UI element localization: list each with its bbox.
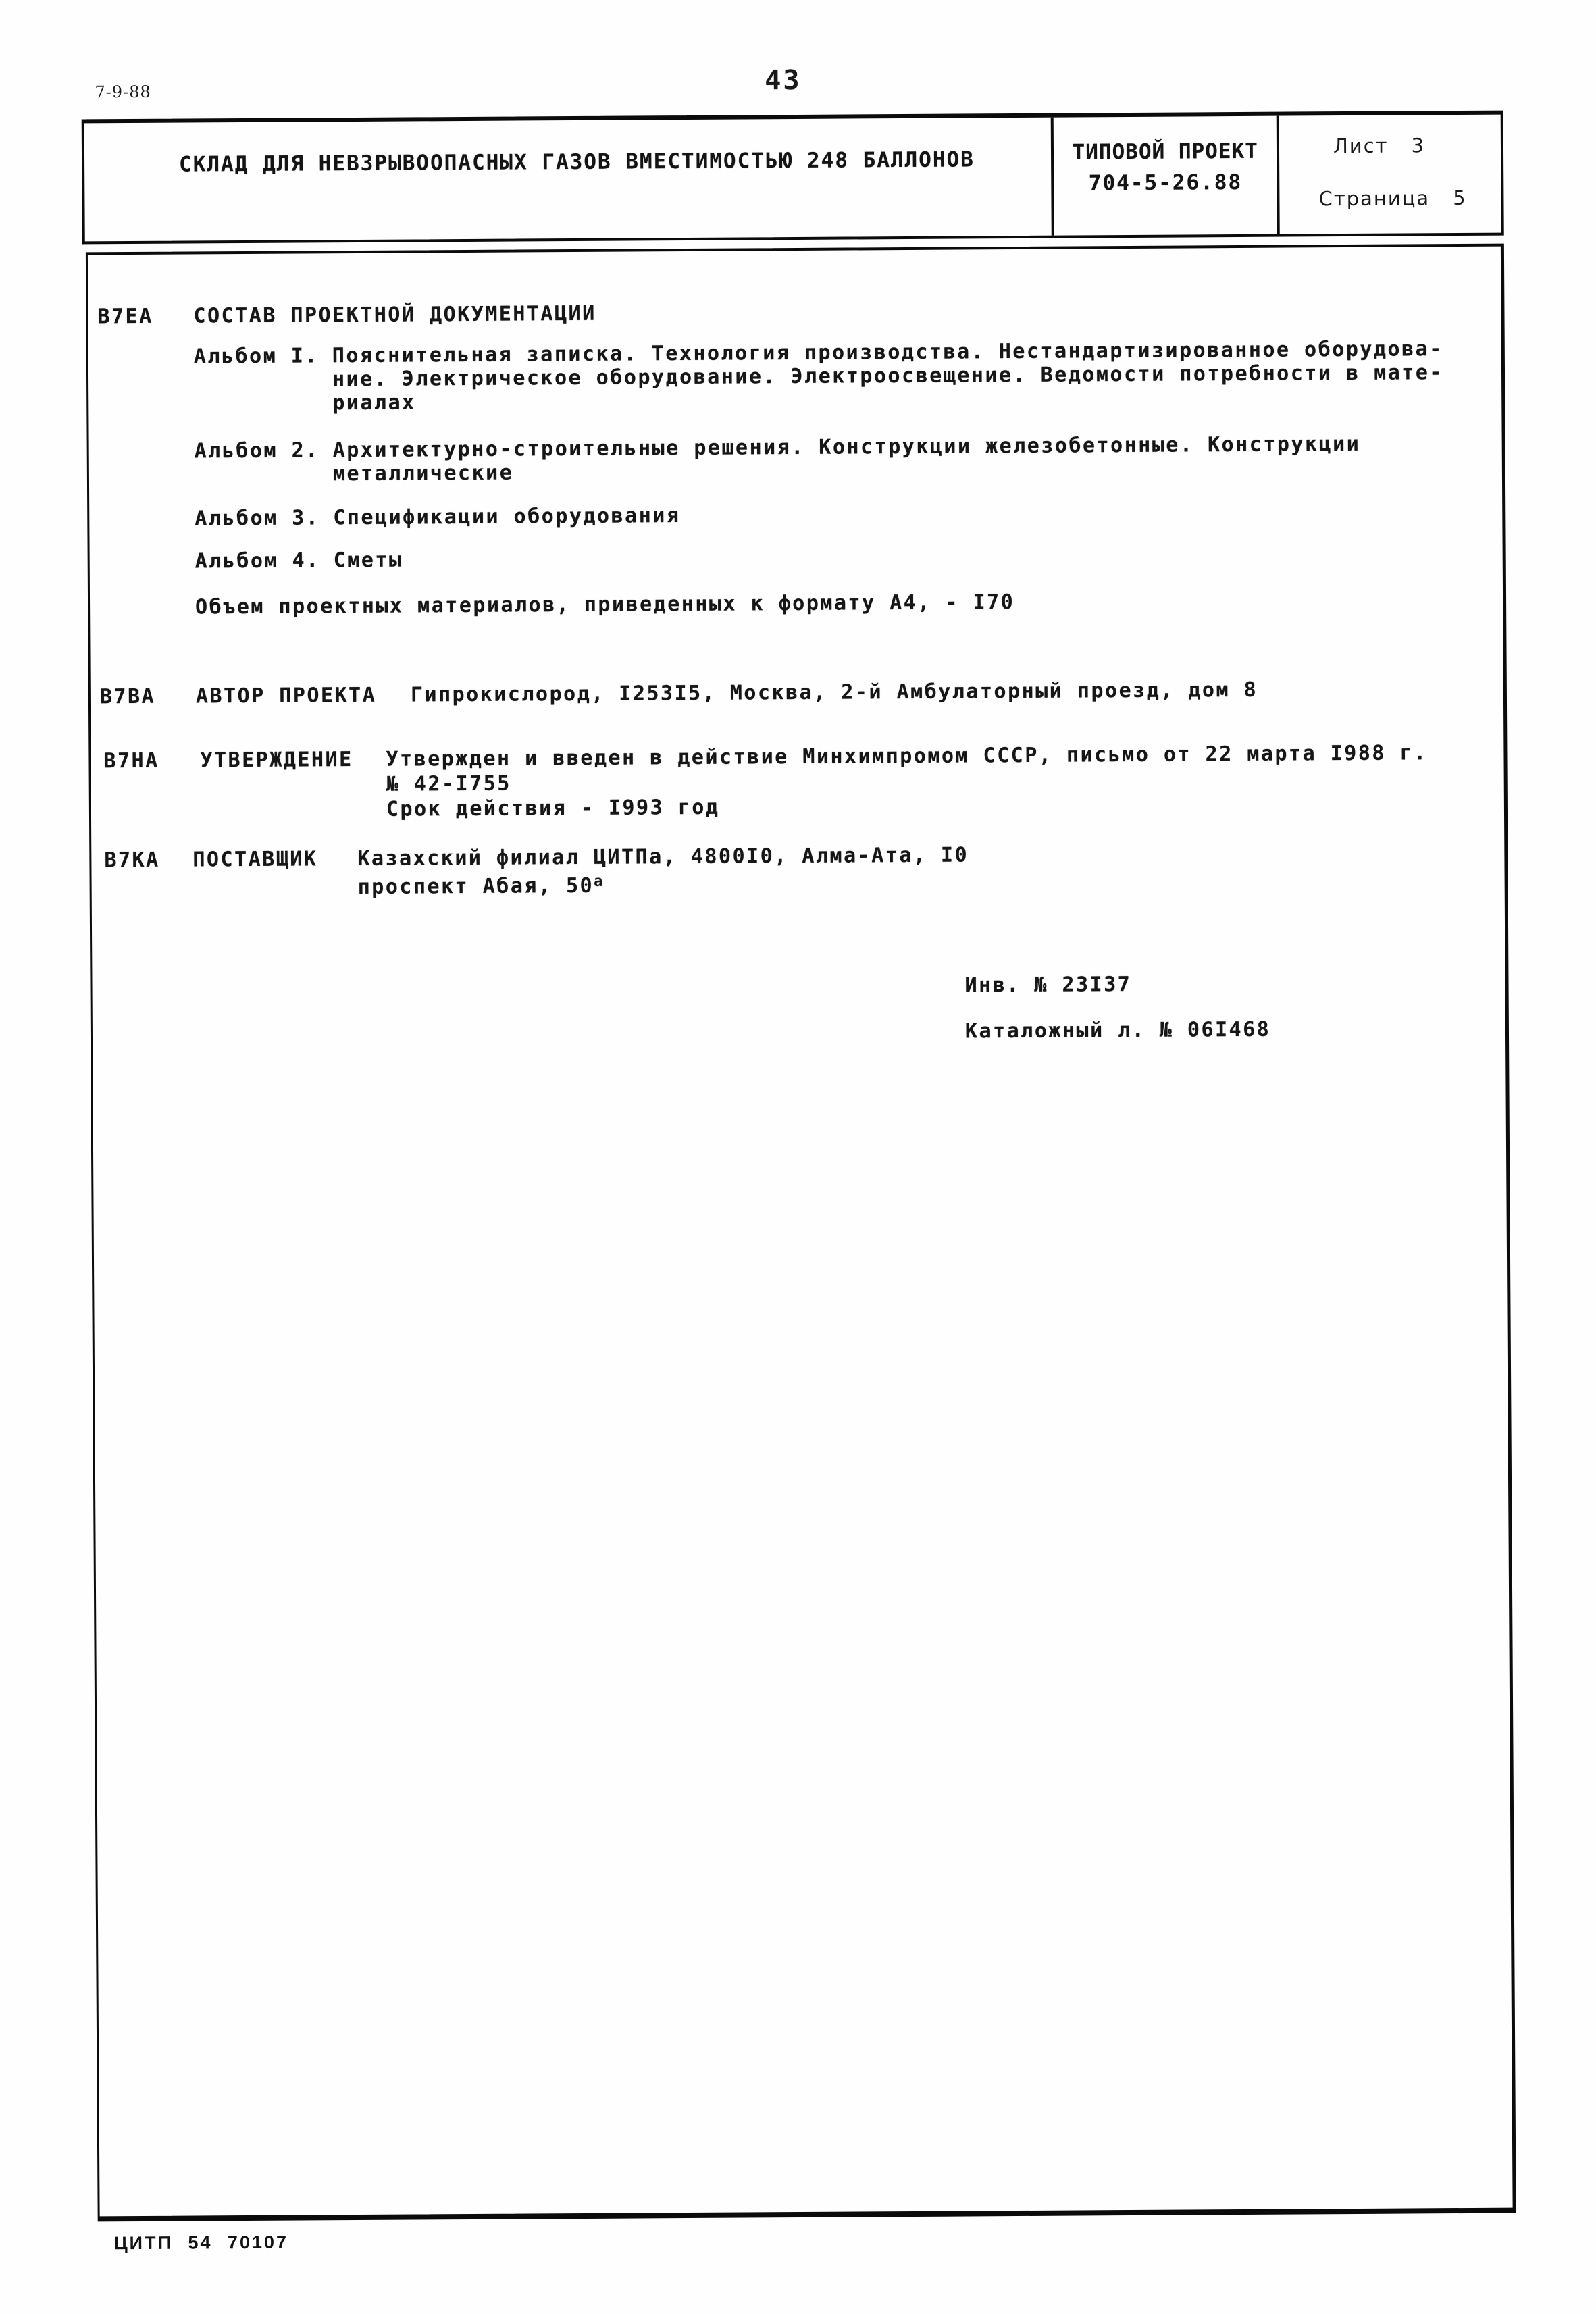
approval-line: Срок действия - I993 год bbox=[386, 796, 720, 821]
document-page: 7-9-88 43 СКЛАД ДЛЯ НЕВЗРЫВООПАСНЫХ ГАЗО… bbox=[0, 0, 1596, 2314]
album-3-label: Альбом 3. bbox=[195, 506, 319, 530]
album-2-line: металлические bbox=[333, 461, 514, 486]
page-number: 43 bbox=[765, 65, 801, 96]
author-label: АВТОР ПРОЕКТА bbox=[196, 684, 377, 709]
corner-date-code: 7-9-88 bbox=[95, 82, 151, 102]
album-1-label: Альбом I. bbox=[194, 344, 319, 368]
supplier-address: проспект Абая, 50 bbox=[358, 874, 594, 899]
project-cell: ТИПОВОЙ ПРОЕКТ 704-5-26.88 bbox=[1051, 116, 1277, 236]
document-title: СКЛАД ДЛЯ НЕВЗРЫВООПАСНЫХ ГАЗОВ ВМЕСТИМО… bbox=[179, 147, 975, 176]
sheet-number: 3 bbox=[1411, 134, 1425, 157]
project-number: 704-5-26.88 bbox=[1054, 170, 1277, 196]
supplier-address-sup: а bbox=[594, 873, 603, 890]
supplier-line: Казахский филиал ЦИТПа, 4800I0, Алма-Ата… bbox=[357, 843, 969, 871]
section-code-approval: В7НА bbox=[103, 749, 159, 773]
sheet-label: Лист bbox=[1333, 134, 1389, 157]
project-type-label: ТИПОВОЙ ПРОЕКТ bbox=[1054, 139, 1277, 165]
section-heading-composition: СОСТАВ ПРОЕКТНОЙ ДОКУМЕНТАЦИИ bbox=[193, 302, 596, 328]
approval-label: УТВЕРЖДЕНИЕ bbox=[200, 748, 353, 772]
album-4-line: Сметы bbox=[334, 548, 403, 573]
page-label: Страница bbox=[1318, 186, 1430, 210]
title-block: СКЛАД ДЛЯ НЕВЗРЫВООПАСНЫХ ГАЗОВ ВМЕСТИМО… bbox=[82, 111, 1504, 245]
album-2-label: Альбом 2. bbox=[195, 438, 319, 463]
supplier-line: проспект Абая, 50а bbox=[357, 870, 603, 899]
album-4-label: Альбом 4. bbox=[195, 548, 320, 573]
title-cell: СКЛАД ДЛЯ НЕВЗРЫВООПАСНЫХ ГАЗОВ ВМЕСТИМО… bbox=[84, 118, 1052, 242]
album-3-line: Спецификации оборудования bbox=[333, 504, 680, 530]
catalog-number: Каталожный л. № 06I468 bbox=[965, 1018, 1271, 1044]
section-code-author: В7ВА bbox=[100, 685, 155, 709]
page-line: Страница5 bbox=[1318, 186, 1501, 211]
sheet-cell: Лист3 Страница5 bbox=[1277, 115, 1501, 234]
page-value: 5 bbox=[1453, 186, 1467, 209]
volume-note: Объем проектных материалов, приведенных … bbox=[195, 590, 1014, 619]
scanned-sheet: 7-9-88 43 СКЛАД ДЛЯ НЕВЗРЫВООПАСНЫХ ГАЗО… bbox=[0, 0, 1596, 2314]
inventory-number: Инв. № 23I37 bbox=[964, 973, 1131, 998]
section-code-composition: В7ЕА bbox=[97, 305, 153, 329]
approval-line: № 42-I755 bbox=[386, 772, 511, 796]
supplier-label: ПОСТАВЩИК bbox=[192, 847, 317, 871]
section-code-supplier: В7КА bbox=[104, 848, 159, 873]
content-frame bbox=[86, 244, 1516, 2222]
sheet-line: Лист3 bbox=[1333, 134, 1501, 158]
printer-code: ЦИТП 54 70107 bbox=[114, 2232, 288, 2255]
album-1-line: риалах bbox=[332, 390, 416, 415]
